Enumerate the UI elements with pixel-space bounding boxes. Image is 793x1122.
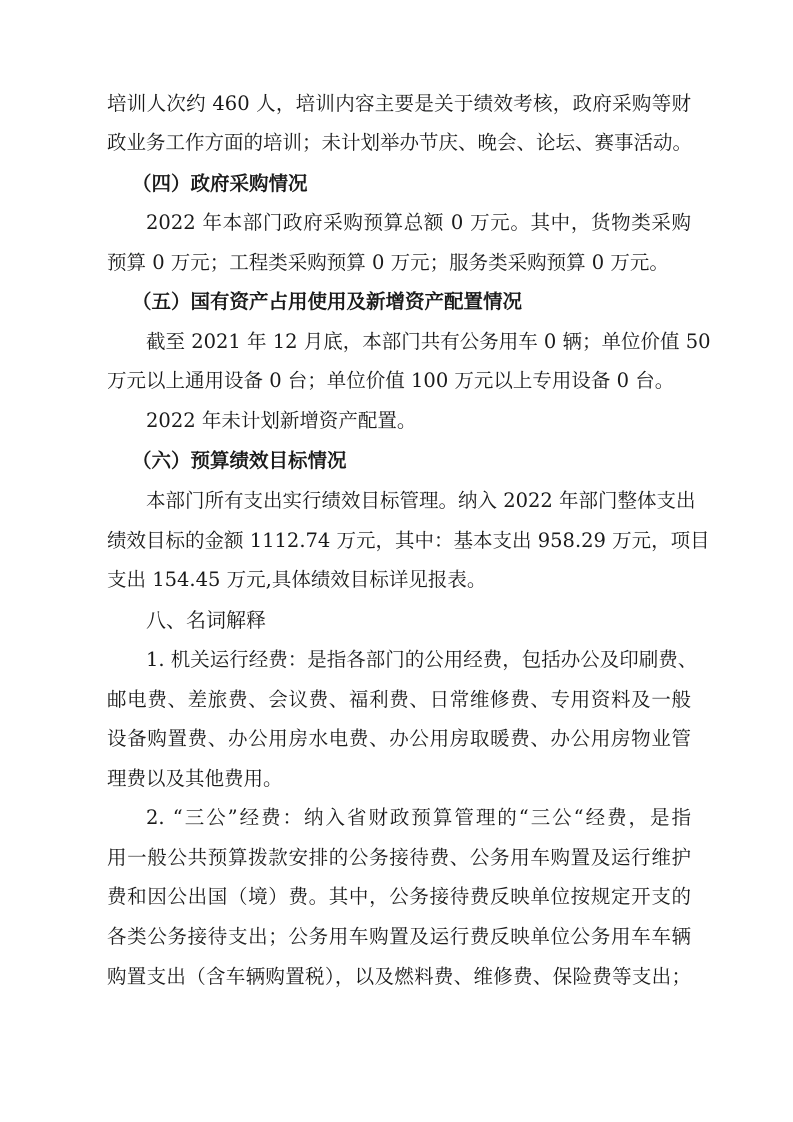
section-heading-performance-targets: （六）预算绩效目标情况 [132, 448, 716, 474]
body-line: 1. 机关运行经费：是指各部门的公用经费，包括办公及印刷费、 [146, 647, 691, 673]
section-heading-state-assets: （五）国有资产占用使用及新增资产配置情况 [132, 289, 716, 315]
body-line: 邮电费、差旅费、会议费、福利费、日常维修费、专用资料及一般 [107, 687, 691, 713]
body-line: 理费以及其他费用。 [107, 766, 691, 792]
body-line: 支出 154.45 万元,具体绩效目标详见报表。 [107, 567, 691, 593]
body-line: 政业务工作方面的培训；未计划举办节庆、晚会、论坛、赛事活动。 [107, 130, 691, 156]
body-line: 2. “三公”经费：纳入省财政预算管理的“三公“经费，是指 [146, 805, 691, 831]
body-line: 费和因公出国（境）费。其中，公务接待费反映单位按规定开支的 [107, 884, 691, 910]
body-line: 绩效目标的金额 1112.74 万元，其中：基本支出 958.29 万元，项目 [107, 528, 691, 554]
section-heading-government-procurement: （四）政府采购情况 [132, 171, 716, 197]
body-line: 预算 0 万元；工程类采购预算 0 万元；服务类采购预算 0 万元。 [107, 250, 691, 276]
body-line: 本部门所有支出实行绩效目标管理。纳入 2022 年部门整体支出 [146, 488, 691, 514]
body-line: 2022 年本部门政府采购预算总额 0 万元。其中，货物类采购 [146, 210, 691, 236]
body-line: 各类公务接待支出；公务用车购置及运行费反映单位公务用车车辆 [107, 924, 691, 950]
chapter-heading-glossary: 八、名词解释 [146, 607, 730, 633]
body-line: 万元以上通用设备 0 台；单位价值 100 万元以上专用设备 0 台。 [107, 368, 691, 394]
body-line: 设备购置费、办公用房水电费、办公用房取暖费、办公用房物业管 [107, 726, 691, 752]
body-line: 培训人次约 460 人，培训内容主要是关于绩效考核，政府采购等财 [107, 91, 691, 117]
body-line: 用一般公共预算拨款安排的公务接待费、公务用车购置及运行维护 [107, 845, 691, 871]
body-line: 截至 2021 年 12 月底，本部门共有公务用车 0 辆；单位价值 50 [146, 329, 691, 355]
body-line: 2022 年未计划新增资产配置。 [146, 408, 691, 434]
body-line: 购置支出（含车辆购置税），以及燃料费、维修费、保险费等支出； [107, 964, 691, 990]
